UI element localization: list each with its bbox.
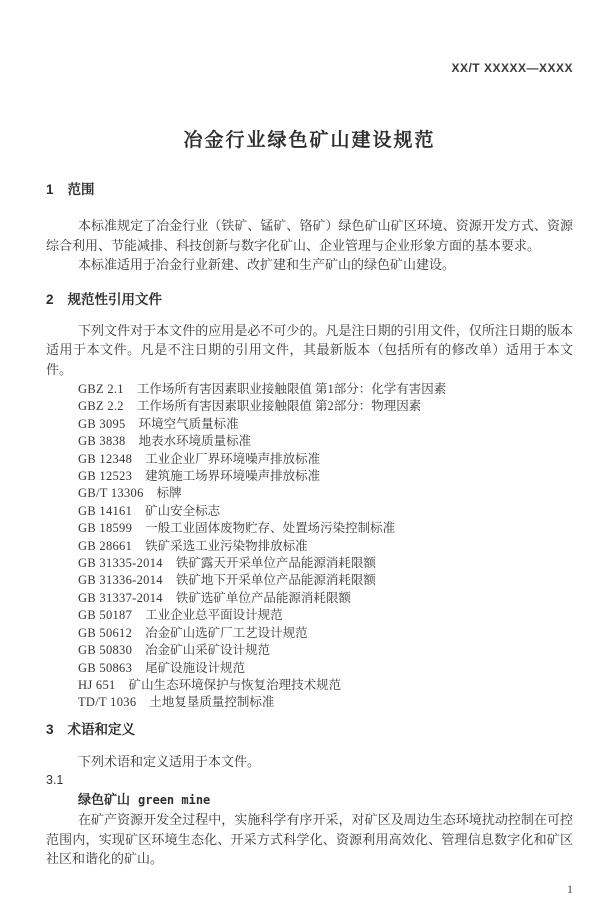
- reference-code: GB 18599: [78, 521, 132, 535]
- reference-code: GB 12523: [78, 469, 132, 483]
- section-number: 1: [46, 182, 54, 197]
- reference-code: TD/T 1036: [78, 695, 136, 709]
- section-heading-terms-definitions: 3术语和定义: [46, 721, 573, 739]
- reference-code: GB 31337-2014: [78, 591, 163, 605]
- section-number: 2: [46, 292, 54, 307]
- reference-item: HJ 651矿山生态环境保护与恢复治理技术规范: [46, 677, 573, 694]
- standard-code: XX/T XXXXX—XXXX: [46, 60, 573, 76]
- reference-title: 铁矿选矿单位产品能源消耗限额: [176, 591, 351, 605]
- reference-item: GB 18599一般工业固体废物贮存、处置场污染控制标准: [46, 520, 573, 537]
- reference-title: 工作场所有害因素职业接触限值 第2部分：物理因素: [137, 399, 421, 413]
- reference-title: 矿山安全标志: [145, 504, 220, 518]
- reference-item: GB/T 13306标牌: [46, 485, 573, 502]
- reference-code: GB 50830: [78, 643, 132, 657]
- reference-item: GB 50863尾矿设施设计规范: [46, 660, 573, 677]
- scope-paragraph-1: 本标准规定了冶金行业（铁矿、锰矿、铬矿）绿色矿山矿区环境、资源开发方式、资源综合…: [46, 216, 573, 255]
- reference-code: GB 3095: [78, 417, 126, 431]
- reference-item: GB 31335-2014铁矿露天开采单位产品能源消耗限额: [46, 555, 573, 572]
- section-label: 术语和定义: [68, 722, 136, 737]
- reference-title: 尾矿设施设计规范: [145, 661, 245, 675]
- reference-item: TD/T 1036土地复垦质量控制标准: [46, 694, 573, 711]
- reference-code: GB 50612: [78, 626, 132, 640]
- reference-title: 冶金矿山选矿厂工艺设计规范: [145, 626, 308, 640]
- document-page: XX/T XXXXX—XXXX 冶金行业绿色矿山建设规范 1范围 本标准规定了冶…: [0, 0, 613, 897]
- reference-item: GB 50187工业企业总平面设计规范: [46, 607, 573, 624]
- term-clause-number: 3.1: [46, 771, 573, 790]
- reference-title: 标牌: [157, 486, 182, 500]
- reference-item: GB 50612冶金矿山选矿厂工艺设计规范: [46, 625, 573, 642]
- page-number: 1: [46, 881, 573, 897]
- reference-title: 铁矿地下开采单位产品能源消耗限额: [176, 573, 376, 587]
- reference-code: GB 31335-2014: [78, 556, 163, 570]
- reference-title: 建筑施工场界环境噪声排放标准: [145, 469, 320, 483]
- reference-item: GB 3838地表水环境质量标准: [46, 433, 573, 450]
- section-number: 3: [46, 722, 54, 737]
- reference-code: GB 31336-2014: [78, 573, 163, 587]
- reference-code: GB/T 13306: [78, 486, 144, 500]
- reference-code: GBZ 2.2: [78, 399, 124, 413]
- reference-item: GBZ 2.2工作场所有害因素职业接触限值 第2部分：物理因素: [46, 398, 573, 415]
- reference-item: GB 31337-2014铁矿选矿单位产品能源消耗限额: [46, 590, 573, 607]
- reference-item: GB 31336-2014铁矿地下开采单位产品能源消耗限额: [46, 572, 573, 589]
- reference-title: 环境空气质量标准: [139, 417, 239, 431]
- term-name-english: green mine: [138, 793, 210, 807]
- reference-item: GB 28661铁矿采选工业污染物排放标准: [46, 538, 573, 555]
- document-title: 冶金行业绿色矿山建设规范: [46, 128, 573, 154]
- reference-title: 土地复垦质量控制标准: [149, 695, 274, 709]
- reference-code: GBZ 2.1: [78, 382, 124, 396]
- terms-intro-paragraph: 下列术语和定义适用于本文件。: [46, 752, 573, 772]
- reference-title: 矿山生态环境保护与恢复治理技术规范: [129, 678, 342, 692]
- section-label: 规范性引用文件: [68, 292, 163, 307]
- reference-item: GB 14161矿山安全标志: [46, 503, 573, 520]
- section-heading-scope: 1范围: [46, 181, 573, 199]
- reference-title: 冶金矿山采矿设计规范: [145, 643, 270, 657]
- reference-code: GB 50187: [78, 608, 132, 622]
- section-heading-normative-references: 2规范性引用文件: [46, 291, 573, 309]
- reference-title: 铁矿露天开采单位产品能源消耗限额: [176, 556, 376, 570]
- reference-code: GB 50863: [78, 661, 132, 675]
- reference-title: 地表水环境质量标准: [139, 434, 252, 448]
- reference-title: 铁矿采选工业污染物排放标准: [145, 539, 308, 553]
- reference-title: 工作场所有害因素职业接触限值 第1部分：化学有害因素: [137, 382, 446, 396]
- reference-code: GB 12348: [78, 452, 132, 466]
- reference-code: GB 3838: [78, 434, 126, 448]
- reference-code: HJ 651: [78, 678, 116, 692]
- reference-item: GB 3095环境空气质量标准: [46, 416, 573, 433]
- term-name: 绿色矿山green mine: [46, 790, 573, 810]
- reference-code: GB 14161: [78, 504, 132, 518]
- reference-code: GB 28661: [78, 539, 132, 553]
- reference-item: GB 50830冶金矿山采矿设计规范: [46, 642, 573, 659]
- reference-item: GB 12523建筑施工场界环境噪声排放标准: [46, 468, 573, 485]
- term-name-chinese: 绿色矿山: [78, 792, 130, 807]
- reference-item: GBZ 2.1工作场所有害因素职业接触限值 第1部分：化学有害因素: [46, 381, 573, 398]
- section-label: 范围: [68, 182, 95, 197]
- normative-intro-paragraph: 下列文件对于本文件的应用是必不可少的。凡是注日期的引用文件，仅所注日期的版本适用…: [46, 321, 573, 380]
- reference-title: 工业企业厂界环境噪声排放标准: [145, 452, 320, 466]
- reference-list: GBZ 2.1工作场所有害因素职业接触限值 第1部分：化学有害因素 GBZ 2.…: [46, 381, 573, 712]
- term-definition-paragraph: 在矿产资源开发全过程中，实施科学有序开采，对矿区及周边生态环境扰动控制在可控范围…: [46, 810, 573, 869]
- reference-item: GB 12348工业企业厂界环境噪声排放标准: [46, 451, 573, 468]
- reference-title: 工业企业总平面设计规范: [145, 608, 283, 622]
- scope-paragraph-2: 本标准适用于冶金行业新建、改扩建和生产矿山的绿色矿山建设。: [46, 255, 573, 275]
- reference-title: 一般工业固体废物贮存、处置场污染控制标准: [145, 521, 395, 535]
